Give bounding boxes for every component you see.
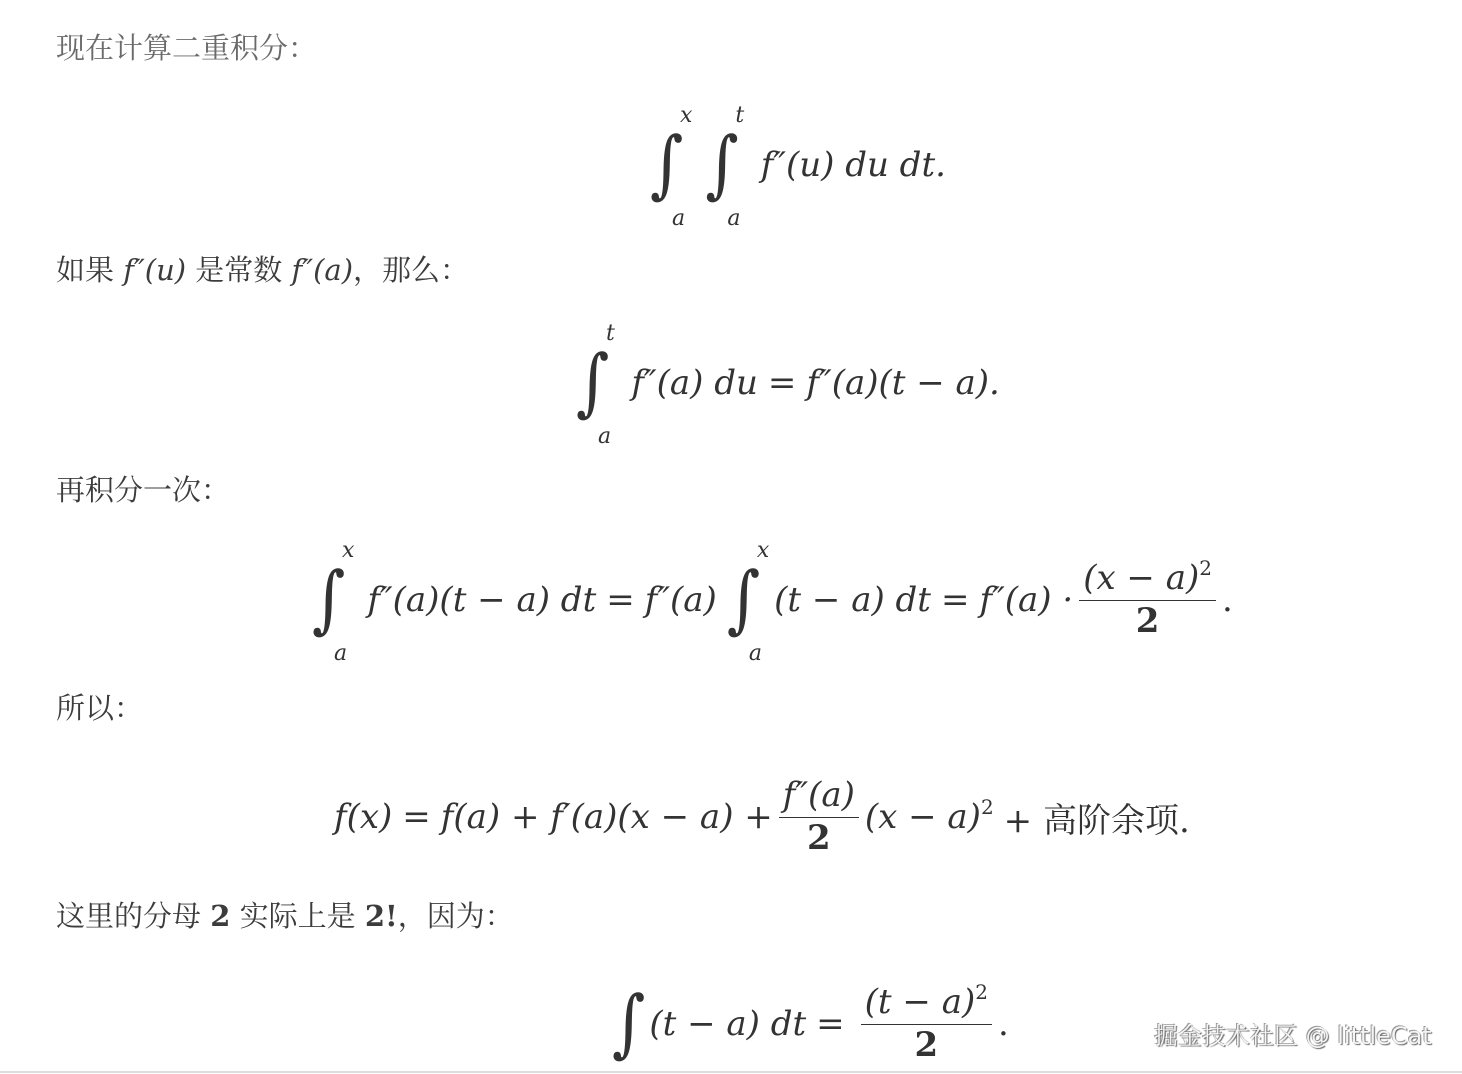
paragraph-integrate-again: 再积分一次： <box>56 470 230 510</box>
paragraph-double-integral-intro: 现在计算二重积分： <box>56 28 317 68</box>
paragraph-constant-assumption: 如果 f″(u) 是常数 f″(a)，那么： <box>56 250 469 290</box>
fraction-t-minus-a-squared-over-2: (t − a)2 2 <box>861 984 992 1064</box>
integral-sign-1: ∫ x a <box>312 568 345 632</box>
integral-sign-2: ∫ x a <box>727 568 760 632</box>
equation-inner-integral: ∫ t a f″(a) du = f″(a)(t − a). <box>576 348 1000 418</box>
bottom-divider <box>0 1071 1462 1073</box>
integral-sign-inner: ∫ t a <box>705 133 738 197</box>
equation-outer-integral: ∫ x a f″(a)(t − a) dt = f″(a) ∫ x a (t −… <box>312 560 1233 640</box>
paragraph-factorial-note: 这里的分母 2 实际上是 2!，因为： <box>56 896 514 936</box>
fraction-x-minus-a-squared-over-2: (x − a)2 2 <box>1079 560 1216 640</box>
equation-antiderivative: ∫ (t − a) dt = (t − a)2 2 . <box>612 984 1009 1064</box>
equation-double-integral: ∫ x a ∫ t a f″(u) du dt. <box>650 130 946 200</box>
watermark: 掘金技术社区 @ littleCat <box>1154 1016 1432 1051</box>
integral-sign-outer: ∫ x a <box>650 133 683 197</box>
equation-taylor-expansion: f(x) = f(a) + f′(a)(x − a) + f″(a) 2 (x … <box>334 772 1190 862</box>
integrand: f″(u) du dt. <box>761 145 946 185</box>
integral-sign: ∫ t a <box>576 351 609 415</box>
fraction-f2-over-2: f″(a) 2 <box>779 777 859 857</box>
integral-sign: ∫ <box>612 992 645 1056</box>
paragraph-therefore: 所以： <box>56 688 143 728</box>
